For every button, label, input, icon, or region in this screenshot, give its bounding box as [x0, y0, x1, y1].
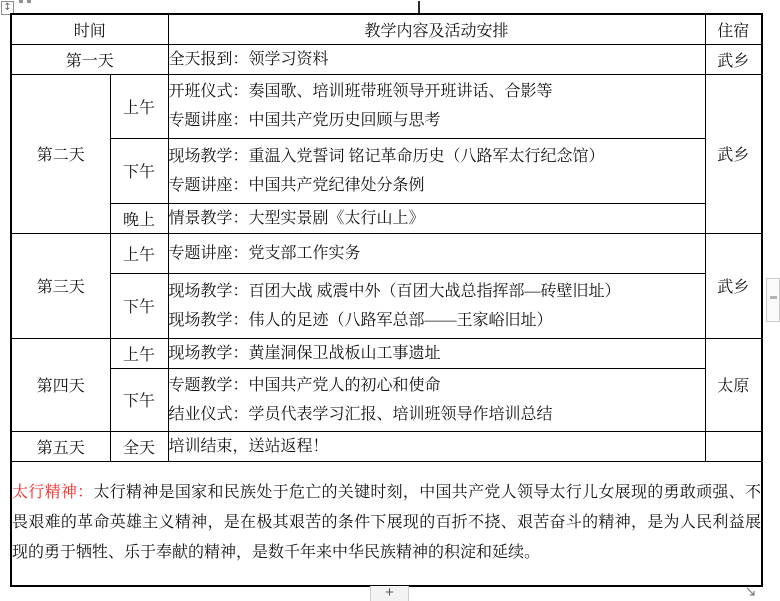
activity-line: 现场教学：百团大战 威震中外（百团大战总指挥部—砖壁旧址） [169, 277, 705, 306]
scrollbar-grip-icon [770, 296, 777, 299]
table-row: 下午 专题教学：中国共产党人的初心和使命 结业仪式：学员代表学习汇报、培训班领导… [11, 368, 762, 431]
day2-label-cell[interactable]: 第二天 [11, 74, 110, 233]
day1-lodging-cell[interactable]: 武乡 [705, 44, 762, 74]
activity-line: 专题讲座：党支部工作实务 [169, 239, 705, 268]
table-row: 太行精神：太行精神是国家和民族处于危亡的关键时刻，中国共产党人领导太行儿女展现的… [11, 461, 762, 586]
day2-evening-time-cell[interactable]: 晚上 [110, 203, 168, 233]
table-row: 晚上 情景教学：大型实景剧《太行山上》 [11, 203, 762, 233]
day5-content-cell[interactable]: 培训结束，送站返程！ [168, 431, 705, 461]
table-row: 第五天 全天 培训结束，送站返程！ [11, 431, 762, 461]
day4-afternoon-time-cell[interactable]: 下午 [110, 368, 168, 431]
day4-lodging-cell[interactable]: 太原 [705, 338, 762, 431]
day2-afternoon-content-cell[interactable]: 现场教学：重温入党誓词 铭记革命历史（八路军太行纪念馆） 专题讲座：中国共产党纪… [168, 138, 705, 203]
vertical-scrollbar-thumb[interactable] [766, 278, 780, 322]
activity-line: 专题讲座：中国共产党纪律处分条例 [169, 171, 705, 200]
day1-content-cell[interactable]: 全天报到：领学习资料 [168, 44, 705, 74]
schedule-table: 时间 教学内容及活动安排 住宿 第一天 全天报到：领学习资料 武乡 第二天 上午… [10, 13, 763, 587]
table-resize-handle-icon[interactable] [745, 586, 757, 600]
day2-afternoon-time-cell[interactable]: 下午 [110, 138, 168, 203]
activity-line: 结业仪式：学员代表学习汇报、培训班领导作培训总结 [169, 400, 705, 429]
table-row: 第一天 全天报到：领学习资料 武乡 [11, 44, 762, 74]
day3-morning-time-cell[interactable]: 上午 [110, 233, 168, 273]
day4-morning-time-cell[interactable]: 上午 [110, 338, 168, 368]
activity-line: 专题教学：中国共产党人的初心和使命 [169, 371, 705, 400]
day4-label-cell[interactable]: 第四天 [11, 338, 110, 431]
day3-afternoon-time-cell[interactable]: 下午 [110, 273, 168, 338]
day2-evening-content-cell[interactable]: 情景教学：大型实景剧《太行山上》 [168, 203, 705, 233]
activity-line: 培训结束，送站返程！ [169, 432, 705, 461]
activity-line: 现场教学：黄崖洞保卫战板山工事遗址 [169, 339, 705, 368]
note-label: 太行精神： [12, 484, 93, 501]
activity-line: 现场教学：伟人的足迹（八路军总部——王家峪旧址） [169, 306, 705, 335]
day3-afternoon-content-cell[interactable]: 现场教学：百团大战 威震中外（百团大战总指挥部—砖壁旧址） 现场教学：伟人的足迹… [168, 273, 705, 338]
table-row: 第二天 上午 开班仪式：奏国歌、培训班带班领导开班讲话、合影等 专题讲座：中国共… [11, 74, 762, 138]
activity-line: 全天报到：领学习资料 [169, 45, 705, 74]
header-content-cell[interactable]: 教学内容及活动安排 [168, 14, 705, 44]
day2-morning-content-cell[interactable]: 开班仪式：奏国歌、培训班带班领导开班讲话、合影等 专题讲座：中国共产党历史回顾与… [168, 74, 705, 138]
day3-lodging-cell[interactable]: 武乡 [705, 233, 762, 338]
add-button[interactable]: + [370, 586, 409, 601]
day2-lodging-cell[interactable]: 武乡 [705, 74, 762, 233]
note-body: 太行精神是国家和民族处于危亡的关键时刻，中国共产党人领导太行儿女展现的勇敢顽强、… [12, 484, 761, 561]
document-page: ↕ 时间 教学内容及活动安排 住宿 第一天 全天报到：领学习资料 武乡 第二天 … [0, 0, 780, 601]
day1-label-cell[interactable]: 第一天 [11, 44, 168, 74]
table-row: 下午 现场教学：百团大战 威震中外（百团大战总指挥部—砖壁旧址） 现场教学：伟人… [11, 273, 762, 338]
activity-line: 专题讲座：中国共产党历史回顾与思考 [169, 106, 705, 135]
table-row: 下午 现场教学：重温入党誓词 铭记革命历史（八路军太行纪念馆） 专题讲座：中国共… [11, 138, 762, 203]
ruler-mark-icon [27, 0, 31, 3]
day5-label-cell[interactable]: 第五天 [11, 431, 110, 461]
activity-line: 现场教学：重温入党誓词 铭记革命历史（八路军太行纪念馆） [169, 142, 705, 171]
header-lodging-cell[interactable]: 住宿 [705, 14, 762, 44]
activity-line: 开班仪式：奏国歌、培训班带班领导开班讲话、合影等 [169, 77, 705, 106]
day3-morning-content-cell[interactable]: 专题讲座：党支部工作实务 [168, 233, 705, 273]
taihang-spirit-note-cell[interactable]: 太行精神：太行精神是国家和民族处于危亡的关键时刻，中国共产党人领导太行儿女展现的… [11, 461, 762, 586]
table-row: 第三天 上午 专题讲座：党支部工作实务 武乡 [11, 233, 762, 273]
day4-morning-content-cell[interactable]: 现场教学：黄崖洞保卫战板山工事遗址 [168, 338, 705, 368]
table-row: 第四天 上午 现场教学：黄崖洞保卫战板山工事遗址 太原 [11, 338, 762, 368]
day4-afternoon-content-cell[interactable]: 专题教学：中国共产党人的初心和使命 结业仪式：学员代表学习汇报、培训班领导作培训… [168, 368, 705, 431]
header-time-cell[interactable]: 时间 [11, 14, 168, 44]
day3-label-cell[interactable]: 第三天 [11, 233, 110, 338]
day2-morning-time-cell[interactable]: 上午 [110, 74, 168, 138]
day5-time-cell[interactable]: 全天 [110, 431, 168, 461]
activity-line: 情景教学：大型实景剧《太行山上》 [169, 204, 705, 233]
ruler-mark-icon [19, 0, 23, 3]
table-row: 时间 教学内容及活动安排 住宿 [11, 14, 762, 44]
day5-lodging-cell[interactable] [705, 431, 762, 461]
